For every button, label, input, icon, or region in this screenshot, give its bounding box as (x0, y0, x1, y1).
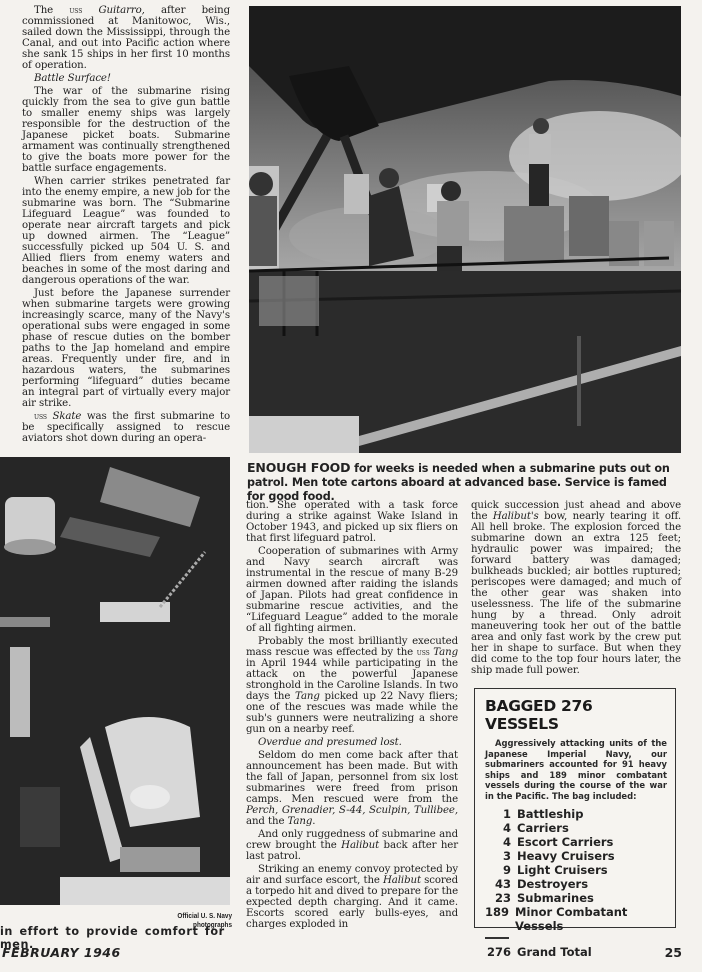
paragraph: Probably the most brilliantly executed m… (246, 636, 458, 735)
vessel-list: 1Battleship 4Carriers 4Escort Carriers 3… (485, 807, 667, 959)
photo-image (249, 6, 681, 453)
issue-date: FEBRUARY 1946 (2, 945, 121, 960)
vessel-row: 3Heavy Cruisers (485, 849, 667, 863)
paragraph: Just before the Japanese surrender when … (22, 288, 230, 409)
vessel-row: 1Battleship (485, 807, 667, 821)
vessel-row: 189Minor Combatant Vessels (485, 905, 667, 933)
article-column-2: tion. She operated with a task force dur… (246, 500, 458, 930)
paragraph: Cooperation of submarines with Army and … (246, 546, 458, 634)
paragraph: When carrier strikes penetrated far into… (22, 176, 230, 286)
caption-lead: ENOUGH FOOD (247, 460, 350, 475)
paragraph: Striking an enemy convoy protected by ai… (246, 864, 458, 930)
vessel-row: 9Light Cruisers (485, 863, 667, 877)
vessel-row: 4Carriers (485, 821, 667, 835)
photo-sailors-loading-food (249, 6, 681, 453)
photo-image (0, 457, 230, 905)
paragraph: tion. She operated with a task force dur… (246, 500, 458, 544)
vessel-row: 23Submarines (485, 891, 667, 905)
paragraph: uss Skate was the first submarine to be … (22, 411, 230, 444)
paragraph: quick succession just ahead and above th… (471, 500, 681, 676)
page-number: 25 (665, 945, 682, 960)
paragraph: Seldom do men come back after that annou… (246, 750, 458, 827)
total-rule (485, 937, 509, 939)
article-column-1: The uss Guitarro, after being commission… (22, 5, 230, 444)
article-column-3: quick succession just ahead and above th… (471, 500, 681, 676)
paragraph: And only ruggedness of submarine and cre… (246, 829, 458, 862)
vessel-row: 4Escort Carriers (485, 835, 667, 849)
sidebar-intro: Aggressively attacking units of the Japa… (485, 738, 667, 801)
photo-submarine-interior (0, 457, 230, 905)
sidebar-box-bagged-vessels: BAGGED 276 VESSELS Aggressively attackin… (474, 688, 676, 928)
subheading: Battle Surface! (22, 73, 230, 84)
subheading: Overdue and presumed lost. (246, 737, 458, 748)
sidebar-title: BAGGED 276 VESSELS (485, 697, 667, 733)
photo-caption-top: ENOUGH FOOD for weeks is needed when a s… (247, 461, 687, 504)
paragraph: The war of the submarine rising quickly … (22, 86, 230, 174)
paragraph: The uss Guitarro, after being commission… (22, 5, 230, 71)
vessel-total-row: 276Grand Total (485, 945, 667, 959)
vessel-row: 43Destroyers (485, 877, 667, 891)
